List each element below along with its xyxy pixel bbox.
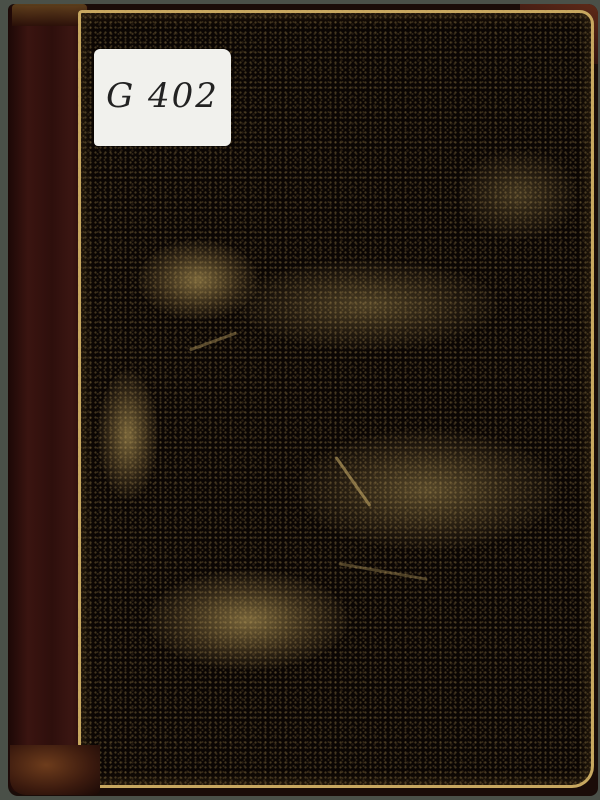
book-photo: G 402 <box>0 0 600 800</box>
label-text: G 402 <box>94 76 231 116</box>
leather-corner-bottom-left <box>10 745 100 795</box>
shelf-label: G 402 <box>94 49 231 146</box>
leather-spine <box>8 6 88 792</box>
wear-spot <box>458 150 578 240</box>
wear-spot <box>98 370 158 500</box>
wear-spot <box>148 570 348 670</box>
wear-spot <box>298 430 558 550</box>
wear-spot <box>238 260 498 350</box>
spine-top-edge <box>12 4 87 26</box>
